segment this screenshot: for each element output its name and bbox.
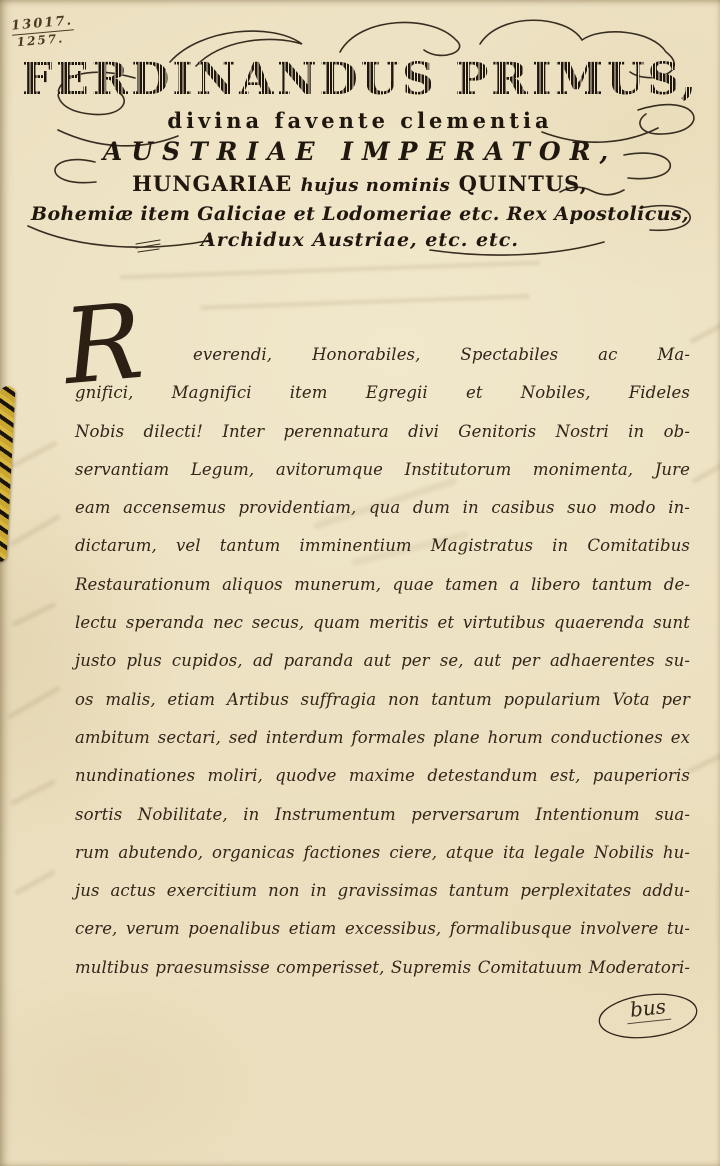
manuscript-page: 13017. 1257. FERDINANDUS PRIMUS, divina … xyxy=(0,0,720,1166)
show-through-mark xyxy=(7,685,61,719)
hungariae-line: HUNGARIAE hujus nominis QUINTUS, xyxy=(0,171,720,199)
manuscript-line: nundinationes moliri, quodve maxime dete… xyxy=(75,757,690,795)
show-through-mark xyxy=(689,321,720,344)
manuscript-body: everendi, Honorabiles, Spectabiles ac Ma… xyxy=(75,336,690,987)
manuscript-line: eam accensemus providentiam, qua dum in … xyxy=(75,489,690,527)
show-through-mark xyxy=(120,261,540,280)
bohemia-line: Bohemiæ item Galiciae et Lodomeriae etc.… xyxy=(0,202,720,226)
show-through-mark xyxy=(200,294,530,310)
emperor-name-title: FERDINANDUS PRIMUS, xyxy=(0,54,720,106)
hungariae-word: HUNGARIAE xyxy=(132,171,292,196)
manuscript-line: rum abutendo, organicas factiones ciere,… xyxy=(75,834,690,872)
manuscript-line: justo plus cupidos, ad paranda aut per s… xyxy=(75,642,690,680)
catchword: bus xyxy=(596,988,700,1044)
manuscript-line: gnifici, Magnifici item Egregii et Nobil… xyxy=(75,374,690,412)
binding-cord xyxy=(0,386,16,563)
manuscript-line: multibus praesumsisse comperisset, Supre… xyxy=(75,949,690,987)
manuscript-line: lectu speranda nec secus, quam meritis e… xyxy=(75,604,690,642)
manuscript-line: dictarum, vel tantum imminentium Magistr… xyxy=(75,527,690,565)
hujus-nominis-words: hujus nominis xyxy=(301,175,451,196)
show-through-mark xyxy=(691,461,720,484)
show-through-mark xyxy=(9,514,62,547)
manuscript-line: cere, verum poenalibus etiam excessibus,… xyxy=(75,910,690,948)
devotion-line: divina favente clementia xyxy=(0,108,720,134)
show-through-mark xyxy=(10,779,57,806)
document-header: FERDINANDUS PRIMUS, divina favente cleme… xyxy=(0,40,720,252)
manuscript-line: sortis Nobilitate, in Instrumentum perve… xyxy=(75,796,690,834)
manuscript-line: ambitum sectari, sed interdum formales p… xyxy=(75,719,690,757)
manuscript-line: os malis, etiam Artibus suffragia non ta… xyxy=(75,681,690,719)
archidux-line: Archidux Austriae, etc. etc. xyxy=(0,228,720,252)
imperator-line: AUSTRIAE IMPERATOR, xyxy=(0,137,720,167)
manuscript-line: Nobis dilecti! Inter perennatura divi Ge… xyxy=(75,413,690,451)
manuscript-line: Restaurationum aliquos munerum, quae tam… xyxy=(75,566,690,604)
show-through-mark xyxy=(687,751,720,774)
manuscript-line: everendi, Honorabiles, Spectabiles ac Ma… xyxy=(75,336,690,374)
show-through-mark xyxy=(10,440,58,469)
manuscript-line: servantiam Legum, avitorumque Institutor… xyxy=(75,451,690,489)
show-through-mark xyxy=(14,869,57,896)
manuscript-line: jus actus exercitium non in gravissimas … xyxy=(75,872,690,910)
catchword-text: bus xyxy=(625,994,671,1024)
show-through-mark xyxy=(11,602,56,628)
quintus-word: QUINTUS, xyxy=(459,171,588,196)
